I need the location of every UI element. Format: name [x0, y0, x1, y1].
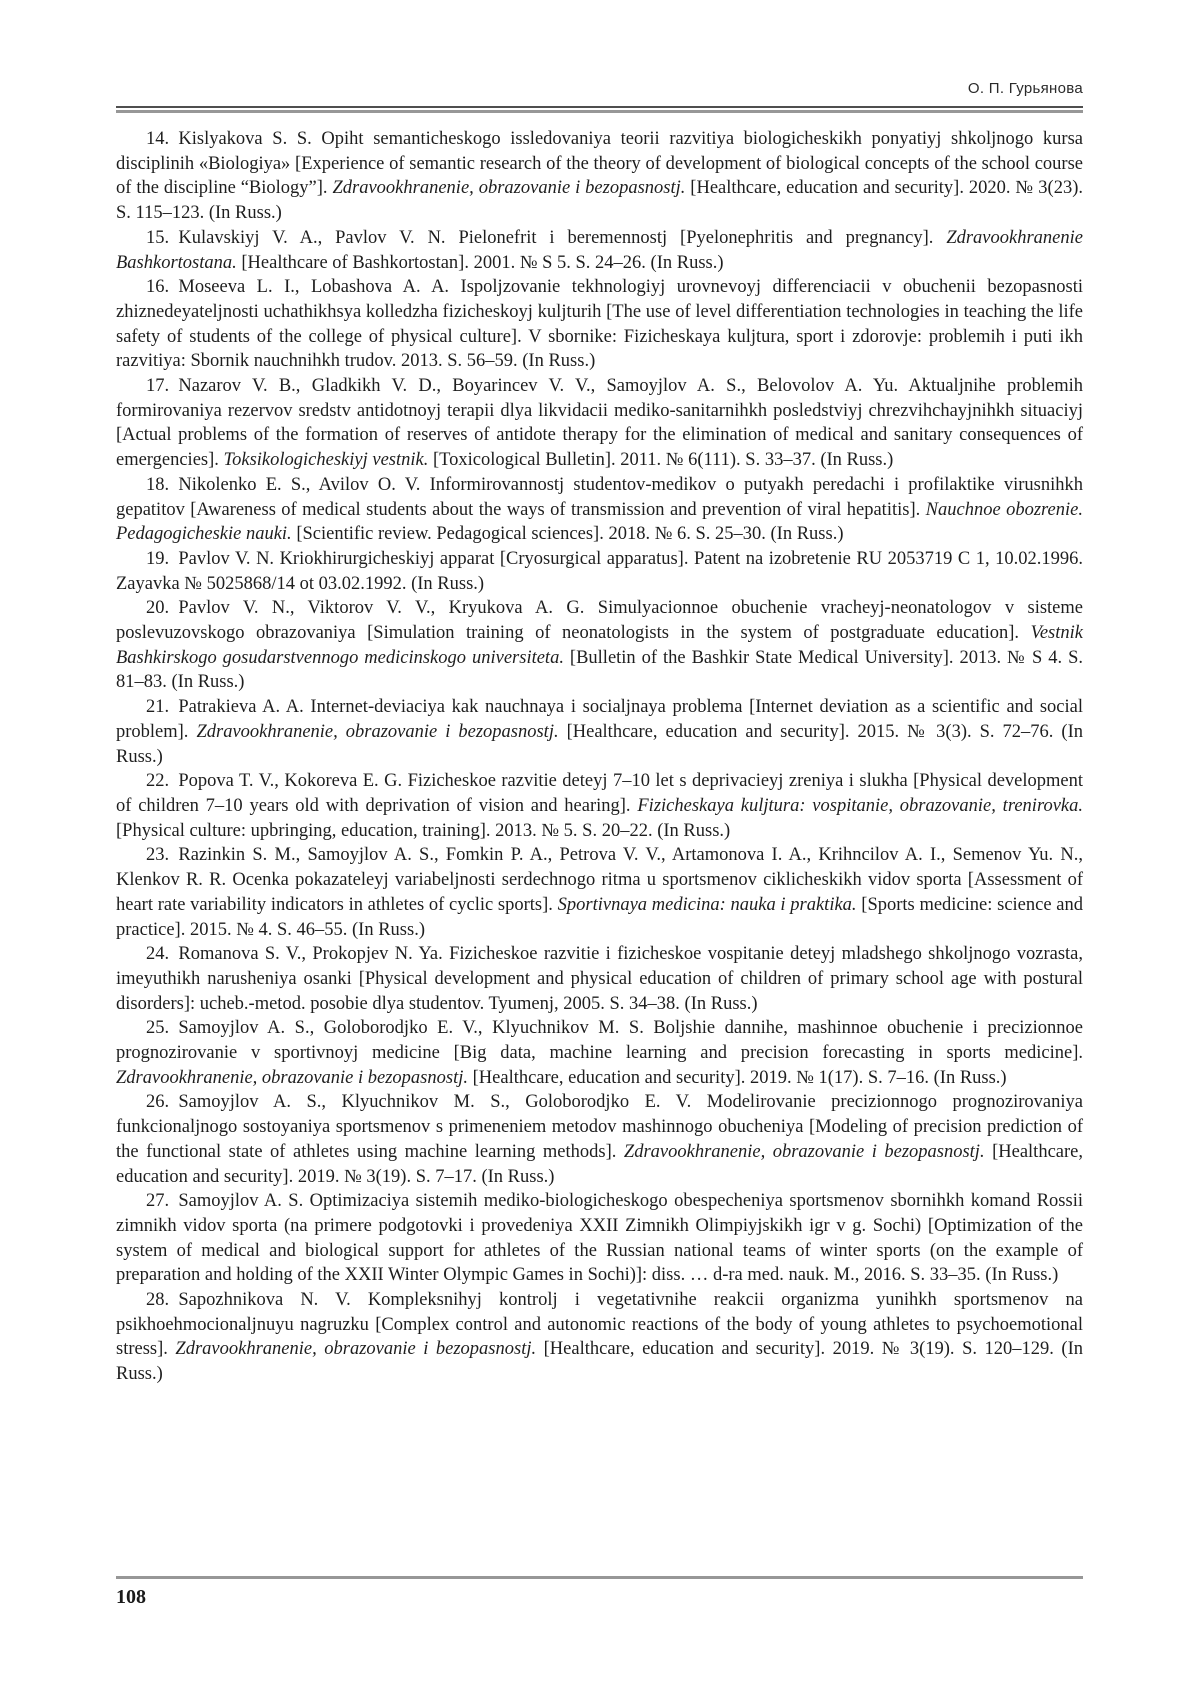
- references-list: 14. Kislyakova S. S. Opiht semantichesko…: [116, 127, 1083, 1387]
- reference-text: [Scientific review. Pedagogical sciences…: [292, 524, 844, 544]
- reference-text: [Physical culture: upbringing, education…: [116, 821, 730, 841]
- reference-text: 15. Kulavskiyj V. A., Pavlov V. N. Pielo…: [146, 228, 946, 248]
- reference-text: 25. Samoyjlov A. S., Goloborodjko E. V.,…: [116, 1018, 1083, 1063]
- running-head-author: О. П. Гурьянова: [116, 80, 1083, 106]
- reference-text: [Toxicological Bulletin]. 2011. № 6(111)…: [428, 450, 893, 470]
- footer-rule: [116, 1576, 1083, 1579]
- reference-journal-title: Fizicheskaya kuljtura: vospitanie, obraz…: [637, 796, 1083, 816]
- header-rule: [116, 106, 1083, 113]
- reference-item: 20. Pavlov V. N., Viktorov V. V., Kryuko…: [116, 596, 1083, 695]
- reference-item: 16. Moseeva L. I., Lobashova A. A. Ispol…: [116, 275, 1083, 374]
- page-number: 108: [116, 1586, 1083, 1609]
- reference-item: 17. Nazarov V. B., Gladkikh V. D., Boyar…: [116, 374, 1083, 473]
- reference-item: 19. Pavlov V. N. Kriokhirurgicheskiyj ap…: [116, 547, 1083, 596]
- reference-journal-title: Zdravookhranenie, obrazovanie i bezopasn…: [624, 1142, 985, 1162]
- reference-item: 23. Razinkin S. M., Samoyjlov A. S., Fom…: [116, 843, 1083, 942]
- reference-item: 14. Kislyakova S. S. Opiht semantichesko…: [116, 127, 1083, 226]
- reference-item: 22. Popova T. V., Kokoreva E. G. Fiziche…: [116, 769, 1083, 843]
- reference-item: 18. Nikolenko E. S., Avilov O. V. Inform…: [116, 473, 1083, 547]
- reference-item: 15. Kulavskiyj V. A., Pavlov V. N. Pielo…: [116, 226, 1083, 275]
- reference-journal-title: Zdravookhranenie, obrazovanie i bezopasn…: [175, 1339, 536, 1359]
- reference-text: 20. Pavlov V. N., Viktorov V. V., Kryuko…: [116, 598, 1083, 643]
- reference-text: 19. Pavlov V. N. Kriokhirurgicheskiyj ap…: [116, 549, 1083, 594]
- reference-journal-title: Zdravookhranenie, obrazovanie i bezopasn…: [196, 722, 558, 742]
- reference-item: 25. Samoyjlov A. S., Goloborodjko E. V.,…: [116, 1016, 1083, 1090]
- reference-text: 27. Samoyjlov A. S. Optimizaciya sistemi…: [116, 1191, 1083, 1285]
- reference-item: 24. Romanova S. V., Prokopjev N. Ya. Fiz…: [116, 942, 1083, 1016]
- reference-text: 16. Moseeva L. I., Lobashova A. A. Ispol…: [116, 277, 1083, 371]
- reference-journal-title: Zdravookhranenie, obrazovanie i bezopasn…: [332, 178, 685, 198]
- reference-text: [Healthcare of Bashkortostan]. 2001. № S…: [237, 253, 724, 273]
- reference-text: [Healthcare, education and security]. 20…: [468, 1068, 1007, 1088]
- reference-journal-title: Toksikologicheskiyj vestnik.: [224, 450, 429, 470]
- page-content: О. П. Гурьянова 14. Kislyakova S. S. Opi…: [116, 80, 1083, 1387]
- reference-item: 28. Sapozhnikova N. V. Kompleksnihyj kon…: [116, 1288, 1083, 1387]
- reference-item: 26. Samoyjlov A. S., Klyuchnikov M. S., …: [116, 1090, 1083, 1189]
- reference-item: 21. Patrakieva A. A. Internet-deviaciya …: [116, 695, 1083, 769]
- reference-text: 24. Romanova S. V., Prokopjev N. Ya. Fiz…: [116, 944, 1083, 1013]
- reference-journal-title: Zdravookhranenie, obrazovanie i bezopasn…: [116, 1068, 468, 1088]
- page-footer: 108: [116, 1576, 1083, 1609]
- reference-item: 27. Samoyjlov A. S. Optimizaciya sistemi…: [116, 1189, 1083, 1288]
- scanned-paper-page: О. П. Гурьянова 14. Kislyakova S. S. Opi…: [0, 0, 1200, 1697]
- reference-journal-title: Sportivnaya medicina: nauka i praktika.: [558, 895, 857, 915]
- page-header: О. П. Гурьянова: [116, 80, 1083, 113]
